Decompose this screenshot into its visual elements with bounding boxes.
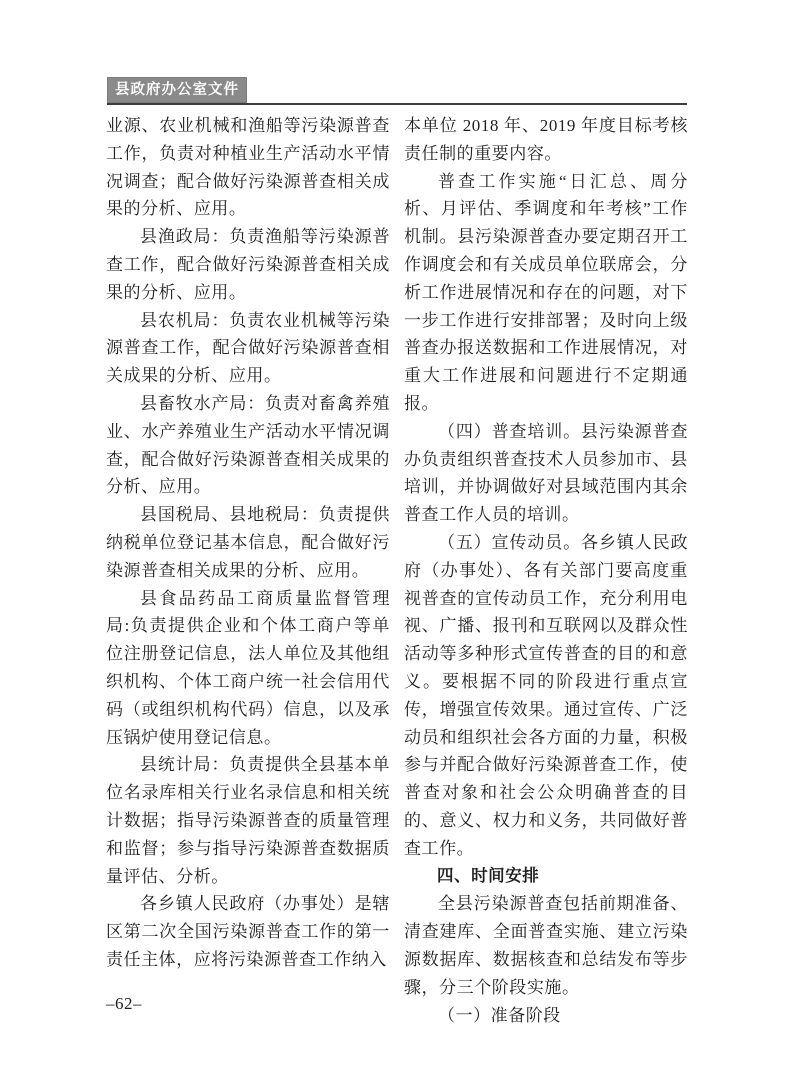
page-number: –62– bbox=[106, 994, 142, 1014]
paragraph: 县国税局、县地税局：负责提供纳税单位登记基本信息，配合做好污染源普查相关成果的分… bbox=[106, 501, 390, 584]
paragraph: 县畜牧水产局：负责对畜禽养殖业、水产养殖业生产活动水平情况调查，配合做好污染源普… bbox=[106, 390, 390, 501]
paragraph: （五）宣传动员。各乡镇人民政府（办事处）、各有关部门要高度重视普查的宣传动员工作… bbox=[404, 529, 688, 863]
paragraph: 全县污染源普查包括前期准备、清查建库、全面普查实施、建立污染源数据库、数据核查和… bbox=[404, 890, 688, 1001]
paragraph: （一）准备阶段 bbox=[404, 1002, 688, 1030]
document-page: 县政府办公室文件 业源、农业机械和渔船等污染源普查工作，负责对种植业生产活动水平… bbox=[0, 0, 793, 1077]
header-rule bbox=[107, 103, 687, 105]
paragraph: 县统计局：负责提供全县基本单位名录库相关行业名录信息和相关统计数据；指导污染源普… bbox=[106, 751, 390, 890]
paragraph: 业源、农业机械和渔船等污染源普查工作，负责对种植业生产活动水平情况调查；配合做好… bbox=[106, 112, 390, 223]
paragraph: （四）普查培训。县污染源普查办负责组织普查技术人员参加市、县培训，并协调做好对县… bbox=[404, 418, 688, 529]
document-header: 县政府办公室文件 bbox=[107, 77, 687, 103]
right-column: 本单位 2018 年、2019 年度目标考核责任制的重要内容。 普查工作实施“日… bbox=[404, 112, 688, 1029]
paragraph: 普查工作实施“日汇总、周分析、月评估、季调度和年考核”工作机制。县污染源普查办要… bbox=[404, 168, 688, 418]
paragraph: 各乡镇人民政府（办事处）是辖区第二次全国污染源普查工作的第一责任主体，应将污染源… bbox=[106, 890, 390, 973]
section-heading-time-arrangement: 四、时间安排 bbox=[404, 863, 688, 891]
body-columns: 业源、农业机械和渔船等污染源普查工作，负责对种植业生产活动水平情况调查；配合做好… bbox=[106, 112, 688, 1029]
paragraph: 县食品药品工商质量监督管理局:负责提供企业和个体工商户等单位注册登记信息，法人单… bbox=[106, 585, 390, 752]
paragraph: 本单位 2018 年、2019 年度目标考核责任制的重要内容。 bbox=[404, 112, 688, 168]
header-badge: 县政府办公室文件 bbox=[107, 77, 247, 103]
left-column: 业源、农业机械和渔船等污染源普查工作，负责对种植业生产活动水平情况调查；配合做好… bbox=[106, 112, 390, 1029]
paragraph: 县渔政局：负责渔船等污染源普查工作，配合做好污染源普查相关成果的分析、应用。 bbox=[106, 223, 390, 306]
paragraph: 县农机局：负责农业机械等污染源普查工作，配合做好污染源普查相关成果的分析、应用。 bbox=[106, 307, 390, 390]
